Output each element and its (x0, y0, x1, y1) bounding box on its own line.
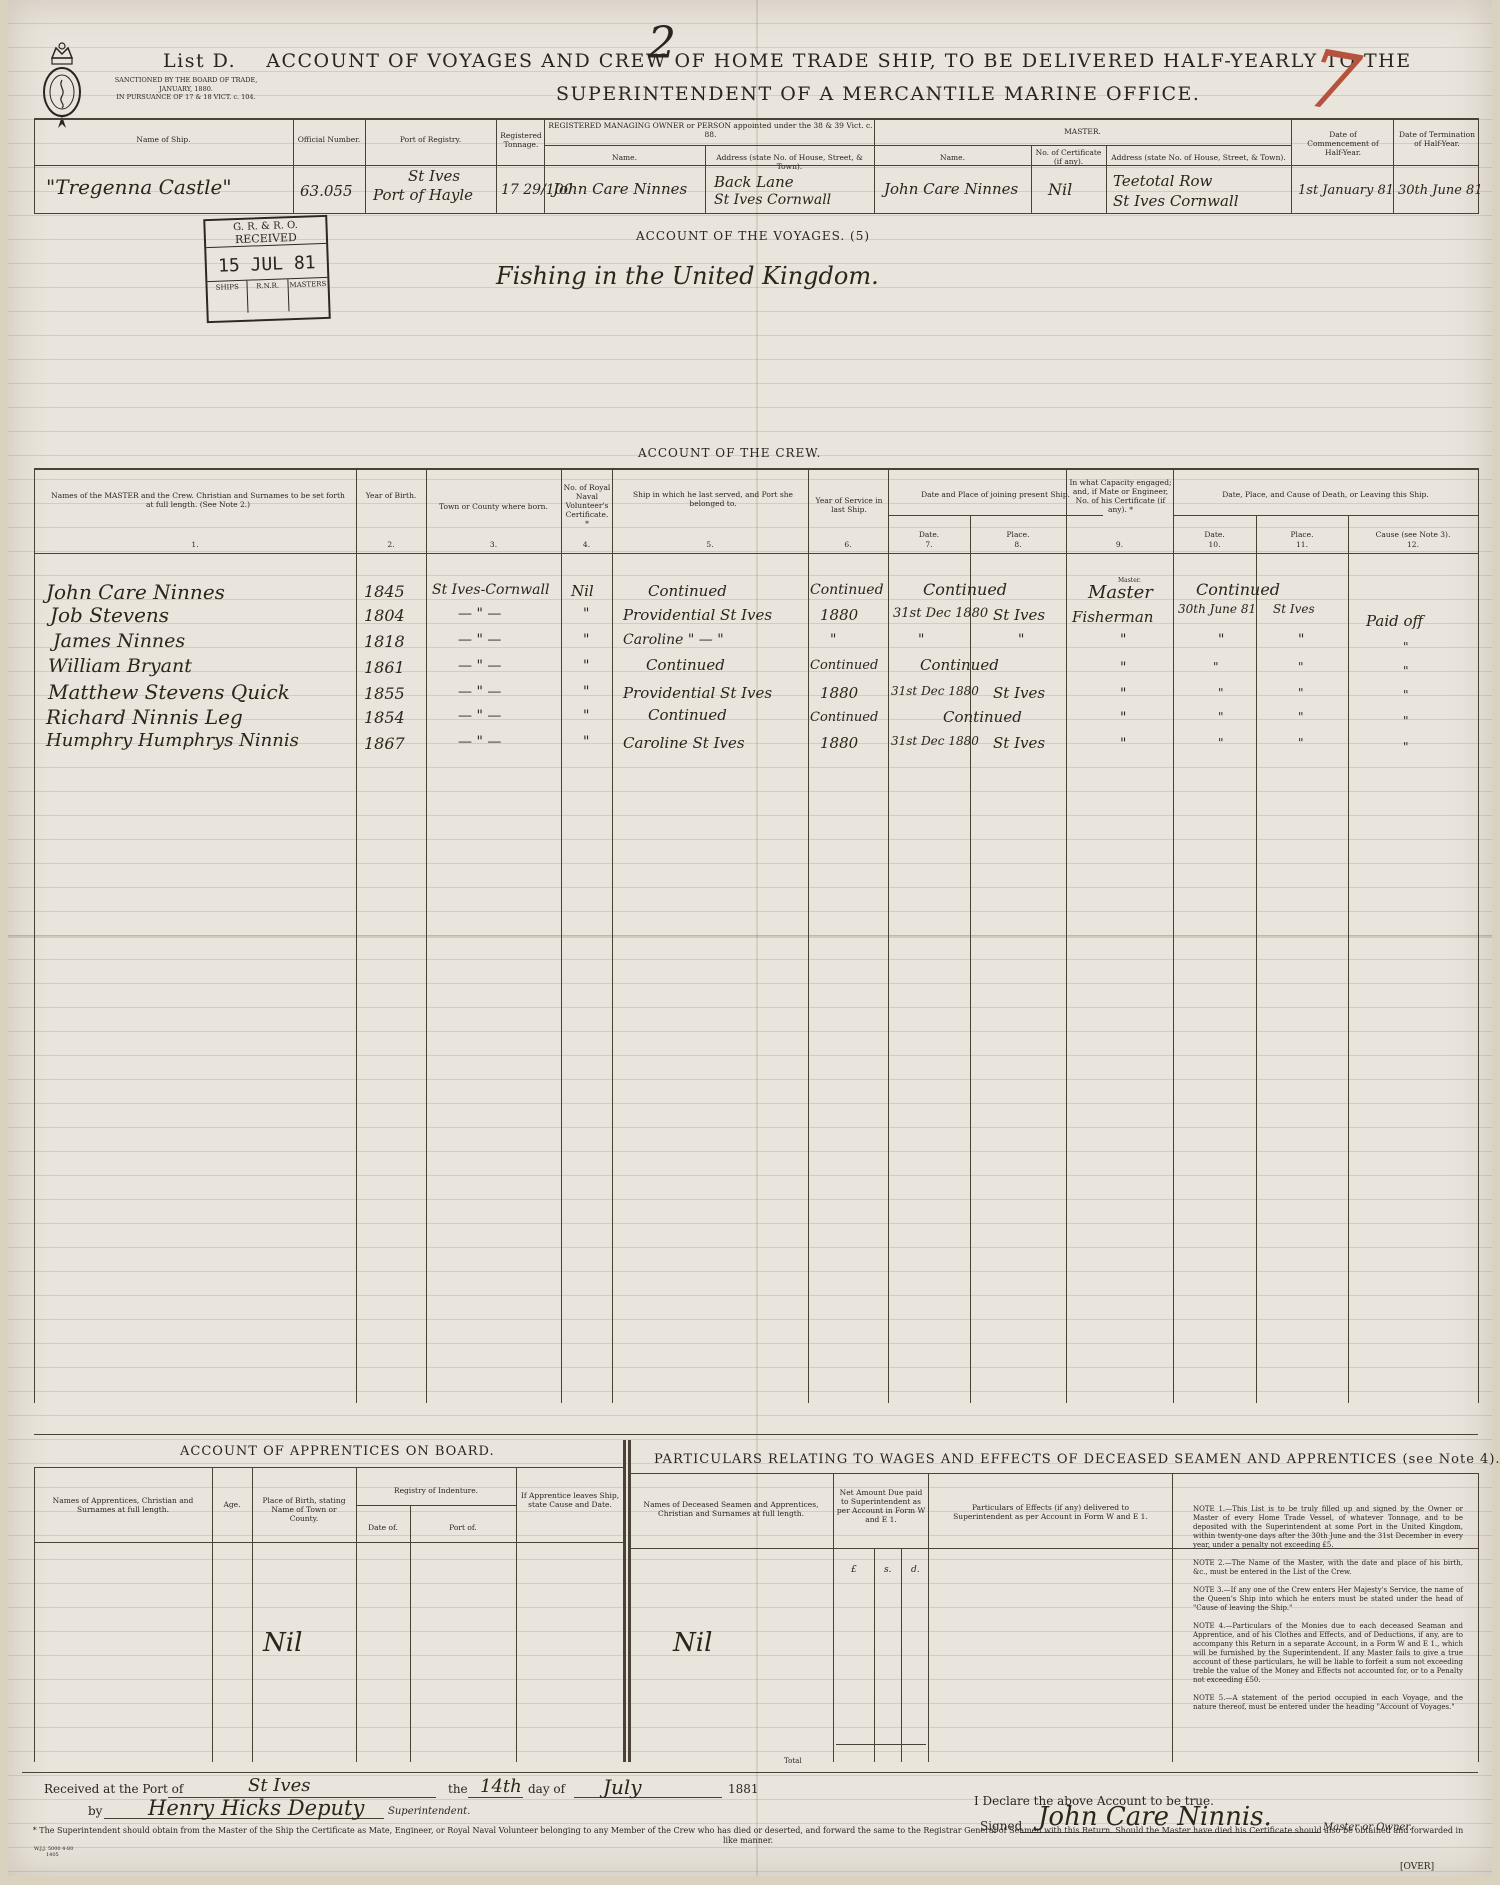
header-tonnage: Registered Tonnage. (498, 131, 544, 149)
crew-header-9: In what Capacity engaged; and, if Mate o… (1068, 478, 1173, 514)
crew-group-leave: Date, Place, and Cause of Death, or Leav… (1173, 490, 1478, 499)
pounds-label: £ (851, 1565, 857, 1575)
crew-header-2: Year of Birth. (356, 491, 426, 500)
port-line2-value: Port of Hayle (373, 186, 473, 204)
folio-number: 2 (648, 18, 676, 69)
received-day: 14th (480, 1776, 522, 1797)
note-4: NOTE 4.—Particulars of the Monies due to… (1193, 1622, 1463, 1685)
header-port-of-registry: Port of Registry. (365, 135, 496, 144)
crew-header-8: Place. (970, 530, 1066, 539)
form-title-line1: List D.ACCOUNT OF VOYAGES AND CREW OF HO… (163, 50, 1412, 72)
owner-name-value: John Care Ninnes (553, 180, 687, 198)
commencement-value: 1st January 81 (1298, 183, 1394, 198)
note-3: NOTE 3.—If any one of the Crew enters He… (1193, 1586, 1463, 1613)
master-address-line2: St Ives Cornwall (1113, 192, 1239, 210)
official-number-value: 63.055 (300, 182, 353, 200)
header-commencement: Date of Commencement of Half-Year. (1298, 130, 1388, 157)
header-certificate: No. of Certificate (if any). (1031, 148, 1106, 166)
master-name-value: John Care Ninnes (884, 180, 1018, 198)
owner-address-line2: St Ives Cornwall (714, 192, 831, 208)
apprentice-header-age: Age. (212, 1500, 252, 1509)
note-2: NOTE 2.—The Name of the Master, with the… (1193, 1559, 1463, 1577)
apprentice-header-registry: Registry of Indenture. (356, 1486, 516, 1495)
apprentices-entry: Nil (263, 1628, 302, 1658)
notes-panel: NOTE 1.—This List is to be truly filled … (1193, 1505, 1463, 1721)
crew-header-11: Place. (1256, 530, 1348, 539)
apprentice-header-port-of: Port of. (410, 1523, 516, 1532)
deceased-entry: Nil (673, 1628, 712, 1658)
master-address-line1: Teetotal Row (1113, 172, 1212, 190)
owner-address-line1: Back Lane (714, 173, 794, 191)
header-owner-name: Name. (544, 153, 705, 162)
apprentice-header-leaves: If Apprentice leaves Ship, state Cause a… (520, 1491, 620, 1509)
footnote: * The Superintendent should obtain from … (28, 1826, 1468, 1846)
crew-header-4: No. of Royal Naval Volunteer's Certifica… (563, 483, 611, 528)
apprentice-header-birthplace: Place of Birth, stating Name of Town or … (256, 1496, 352, 1523)
shillings-label: s. (884, 1565, 891, 1575)
fold-crease-horizontal (8, 935, 1492, 938)
header-ship-name: Name of Ship. (34, 135, 293, 144)
crew-header-5: Ship in which he last served, and Port s… (618, 490, 808, 508)
header-owner-address: Address (state No. of House, Street, & T… (705, 153, 874, 171)
printer-code: W.J.J. 5000 4-801405 (34, 1846, 73, 1858)
port-line1-value: St Ives (408, 167, 460, 185)
deceased-header-effects: Particulars of Effects (if any) delivere… (943, 1503, 1158, 1521)
crew-title: ACCOUNT OF THE CREW. (638, 446, 821, 460)
apprentices-title: ACCOUNT OF APPRENTICES ON BOARD. (180, 1444, 495, 1459)
header-official-number: Official Number. (293, 135, 365, 144)
termination-value: 30th June 81 (1398, 183, 1483, 198)
voyages-title: ACCOUNT OF THE VOYAGES. (5) (636, 229, 870, 243)
header-master-group: MASTER. (874, 127, 1291, 136)
deceased-header-names: Names of Deceased Seamen and Apprentices… (633, 1500, 829, 1518)
pence-label: d. (911, 1565, 920, 1575)
crew-header-1: Names of the MASTER and the Crew. Christ… (48, 491, 348, 509)
header-master-name: Name. (874, 153, 1031, 162)
apprentice-header-date-of: Date of. (356, 1523, 410, 1532)
received-stamp: G. R. & R. O. RECEIVED 15 JUL 81 SHIPS R… (203, 215, 331, 323)
certificate-value: Nil (1048, 180, 1072, 199)
header-owner-group: REGISTERED MANAGING OWNER or PERSON appo… (548, 121, 873, 139)
over-label: [OVER] (1400, 1862, 1434, 1872)
deceased-title: PARTICULARS RELATING TO WAGES AND EFFECT… (654, 1452, 1500, 1467)
ship-name-value: "Tregenna Castle" (46, 175, 232, 199)
document-page: List D.ACCOUNT OF VOYAGES AND CREW OF HO… (8, 0, 1492, 1876)
crew-header-10: Date. (1173, 530, 1256, 539)
red-pencil-mark: 7 (1300, 31, 1366, 131)
superintendent-signature: Henry Hicks Deputy (148, 1796, 364, 1820)
stamp-date: 15 JUL 81 (207, 252, 328, 277)
received-port: St Ives (248, 1775, 310, 1796)
crew-header-6: Year of Service in last Ship. (810, 496, 888, 514)
apprentice-header-names: Names of Apprentices, Christian and Surn… (38, 1496, 208, 1514)
crew-header-12: Cause (see Note 3). (1348, 530, 1478, 539)
header-master-address: Address (state No. of House, Street, & T… (1106, 153, 1291, 162)
list-label: List D. (163, 50, 236, 72)
sanction-text: SANCTIONED BY THE BOARD OF TRADE, JANUAR… (106, 76, 266, 102)
note-1: NOTE 1.—This List is to be truly filled … (1193, 1505, 1463, 1550)
crew-header-7: Date. (888, 530, 970, 539)
deceased-header-amount: Net Amount Due paid to Superintendent as… (836, 1488, 926, 1524)
received-year: 1881 (728, 1782, 759, 1796)
note-5: NOTE 5.—A statement of the period occupi… (1193, 1694, 1463, 1712)
total-label: Total (784, 1757, 802, 1765)
header-termination: Date of Termination of Half-Year. (1398, 130, 1476, 148)
crew-header-3: Town or County where born. (426, 502, 561, 511)
form-title-line2: SUPERINTENDENT OF A MERCANTILE MARINE OF… (556, 83, 1200, 105)
received-month: July (603, 1775, 642, 1799)
voyages-entry: Fishing in the United Kingdom. (496, 262, 879, 290)
